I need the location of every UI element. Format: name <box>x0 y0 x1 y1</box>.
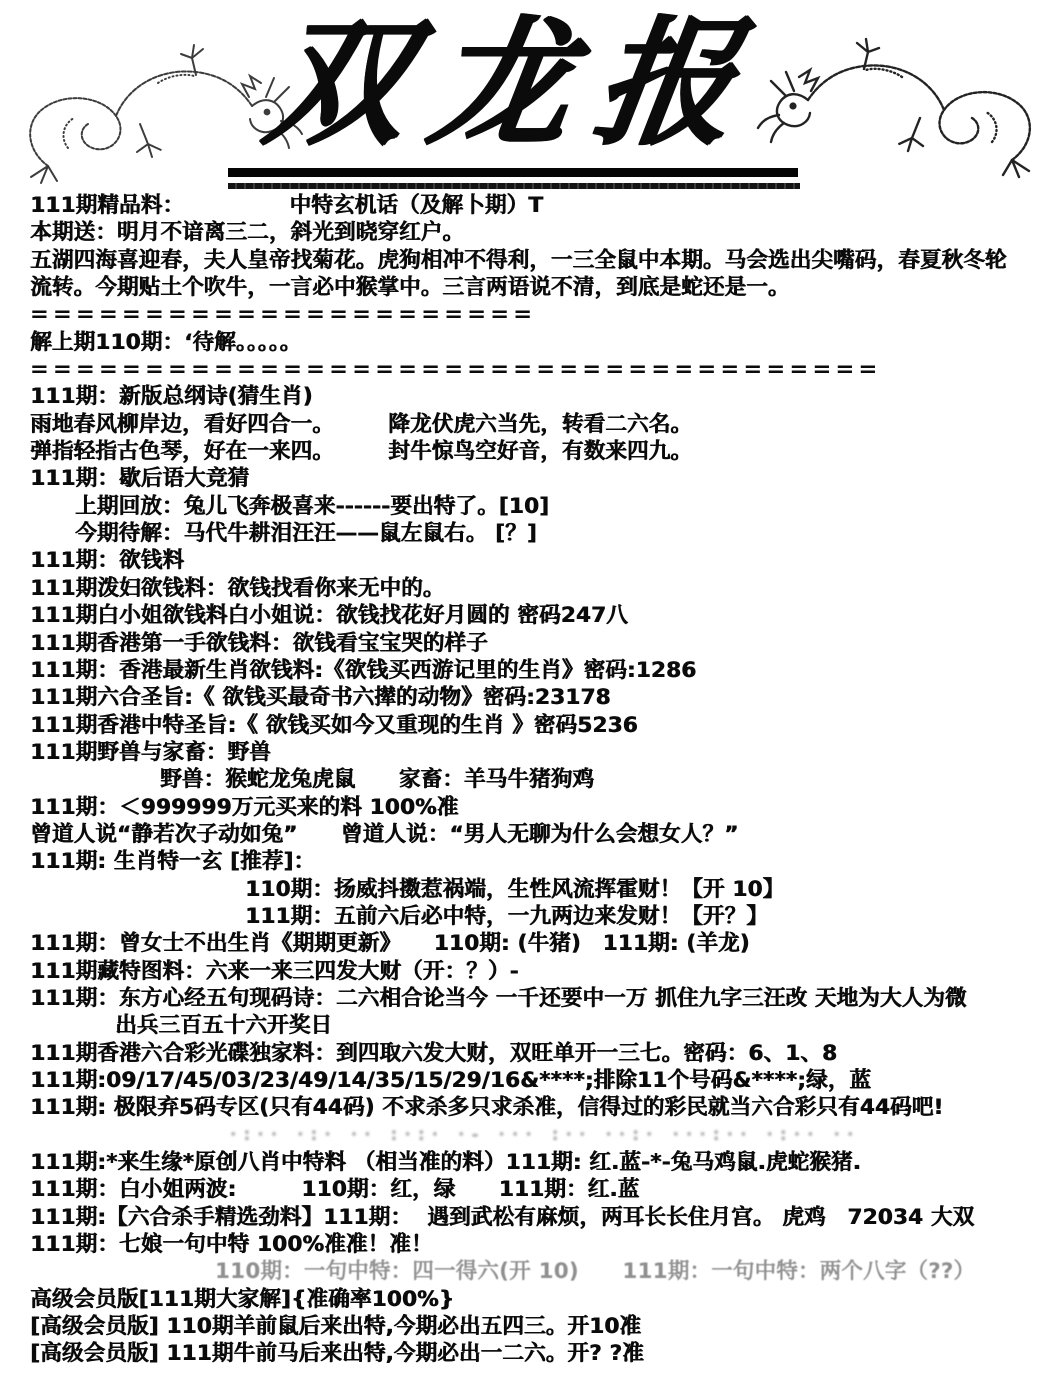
doc-line-yeshou: 111期野兽与家畜：野兽 <box>30 739 1048 766</box>
doc-line-dongfang: 111期：东方心经五句现码诗：二六相合论当今 一千还要中一万 抓住九字三汪改 天… <box>30 985 1048 1012</box>
illegible-faded-line: ·:·· ·:· ·· :·:· ·- ··· :·· ··:· ···:·· … <box>30 1122 1048 1149</box>
doc-line: 流转。今期贴土个吹牛，一言必中猴掌中。三言两语说不清，到底是蛇还是一。 <box>30 274 1048 301</box>
doc-line-shengxiao: 111期: 生肖特一玄 [推荐]： <box>30 848 1048 875</box>
doc-line: 111期：五前六后必中特，一九两边来发财！【开？】 <box>30 903 1048 930</box>
doc-line: 111期：＜999999万元买来的料 100%准 <box>30 794 1048 821</box>
doc-line-benqisong: 本期送：明月不谙离三二，斜光到晓穿红户。 <box>30 219 1048 246</box>
doc-line: 上期回放：兔儿飞奔极喜来------要出特了。[10] <box>30 493 1048 520</box>
doc-line: 111期泼妇欲钱料：欲钱找看你来无中的。 <box>30 575 1048 602</box>
doc-line: 111期:*来生缘*原创八肖中特料 （相当准的料）111期: 红.蓝-*-兔马鸡… <box>30 1149 1048 1176</box>
masthead: 双龙报 <box>0 0 1056 196</box>
doc-line-xiehouyu: 111期：歇后语大竞猜 <box>30 465 1048 492</box>
doc-line: 野兽：猴蛇龙兔虎鼠 家畜：羊马牛猪狗鸡 <box>30 766 1048 793</box>
doc-line-shashou: 111期:【六合杀手精选劲料】111期： 遇到武松有麻烦，两耳长长住月宫。 虎鸡… <box>30 1204 1048 1231</box>
doc-line: 111期: 极限弃5码专区(只有44码) 不求杀多只求杀准，信得过的彩民就当六合… <box>30 1094 1048 1121</box>
separator-line: ===================================== <box>30 356 1048 383</box>
doc-line-liangbo: 111期：白小姐两波: 110期：红，绿 111期：红.蓝 <box>30 1176 1048 1203</box>
doc-line: 111期白小姐欲钱料白小姐说：欲钱找花好月圆的 密码247八 <box>30 602 1048 629</box>
doc-line-jieshangqi: 解上期110期：‘待解。。。。。 <box>30 329 1048 356</box>
doc-line: 111期香港第一手欲钱料：欲钱看宝宝哭的样子 <box>30 630 1048 657</box>
doc-line-yuqianliao: 111期：欲钱料 <box>30 547 1048 574</box>
doc-line: 111期六合圣旨:《 欲钱买最奇书六撵的动物》密码:23178 <box>30 684 1048 711</box>
sheet-body: 111期精品料： 中特玄机话（及解卜期）T 本期送：明月不谙离三二，斜光到晓穿红… <box>30 192 1048 1368</box>
doc-line-vip-111: [高级会员版] 111期牛前马后来出特,今期必出一二六。开? ?准 <box>30 1340 1048 1367</box>
doc-line: 110期：扬威抖擞惹祸端，生性风流挥霍财！【开 10】 <box>30 876 1048 903</box>
doc-line: 111期香港中特圣旨:《 欲钱买如今又重现的生肖 》密码5236 <box>30 712 1048 739</box>
masthead-underline <box>228 168 798 177</box>
faded-line: 110期：一句中特：四一得六(开 10) 111期：一句中特：两个八字（??） <box>30 1258 1048 1285</box>
doc-line-qiniang: 111期：七娘一句中特 100%准准！准！ <box>30 1231 1048 1258</box>
doc-line: 111期香港六合彩光碟独家料：到四取六发大财，双旺单开一三七。密码：6、1、8 <box>30 1040 1048 1067</box>
doc-line: 111期：香港最新生肖欲钱料:《欲钱买西游记里的生肖》密码:1286 <box>30 657 1048 684</box>
doc-line-zonggangshi: 111期：新版总纲诗(猜生肖) <box>30 383 1048 410</box>
doc-line-premium-header: 111期精品料： 中特玄机话（及解卜期）T <box>30 192 1048 219</box>
doc-line-vip-110: [高级会员版] 110期羊前鼠后来出特,今期必出五四三。开10准 <box>30 1313 1048 1340</box>
doc-line: 出兵三百五十六开奖日 <box>30 1012 1048 1039</box>
doc-line: 111期藏特图料：六来一来三四发大财（开：？）- <box>30 958 1048 985</box>
doc-line-poem: 弹指轻指古色琴，好在一来四。 封牛惊鸟空好音，有数来四九。 <box>30 438 1048 465</box>
doc-line: 111期：曾女士不出生肖《期期更新》 110期: (牛猪) 111期: (羊龙) <box>30 930 1048 957</box>
doc-line-vip-header: 高级会员版[111期大家解]{准确率100%} <box>30 1286 1048 1313</box>
doc-line: 五湖四海喜迎春，夫人皇帝找菊花。虎狗相冲不得利，一三全鼠中本期。马会选出尖嘴码，… <box>30 247 1048 274</box>
masthead-underline-2 <box>228 183 800 189</box>
doc-line: 今期待解：马代牛耕泪汪汪——鼠左鼠右。 [？] <box>30 520 1048 547</box>
separator-line: ====================== <box>30 301 1048 328</box>
masthead-title: 双龙报 <box>257 8 838 160</box>
doc-line-numbers: 111期:09/17/45/03/23/49/14/35/15/29/16&**… <box>30 1067 1048 1094</box>
doc-line-zengdaoren: 曾道人说“静若次子动如兔” 曾道人说：“男人无聊为什么会想女人？” <box>30 821 1048 848</box>
scanned-lottery-sheet: 双龙报 111期精品料： 中特玄机话（及解卜期）T 本期送：明月不谙离三二，斜光… <box>0 0 1056 1388</box>
doc-line-poem: 雨地春风柳岸边，看好四合一。 降龙伏虎六当先，转看二六名。 <box>30 411 1048 438</box>
